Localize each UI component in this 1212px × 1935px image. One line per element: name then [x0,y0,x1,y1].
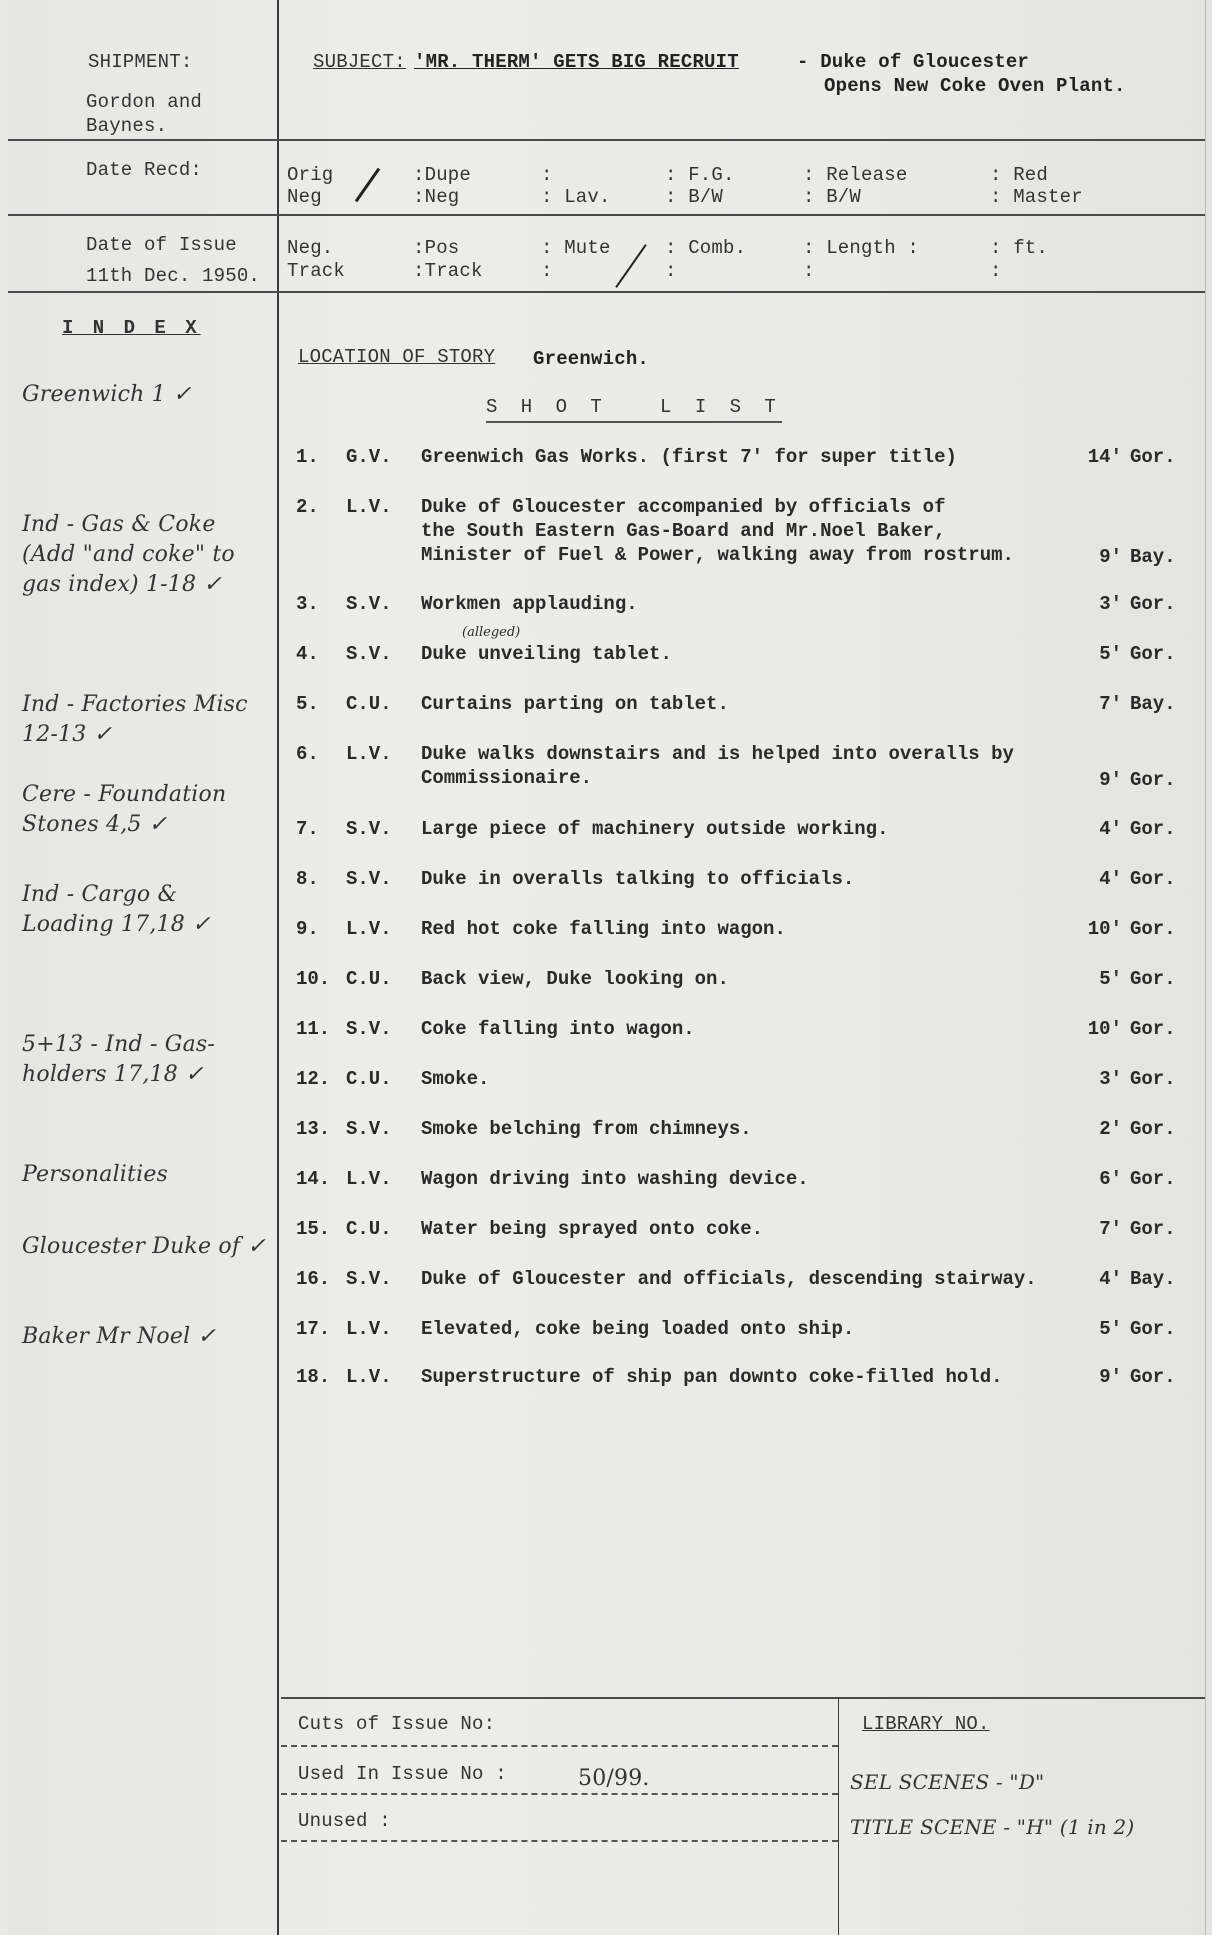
shot-description: Workmen applauding. [421,593,638,615]
shot-source: Gor. [1130,968,1176,990]
shot-row: 4.S.V.Duke unveiling tablet.5'Gor.(alleg… [0,643,1212,669]
shot-number: 2. [296,496,319,518]
header-divider-1 [8,139,1205,141]
shot-number: 18. [296,1366,330,1388]
header-divider-2 [8,214,1205,216]
neg-track-1: Neg. [287,236,333,260]
shot-length: 6' [1099,1168,1122,1190]
shot-number: 15. [296,1218,330,1240]
shot-type: S.V. [346,1268,392,1290]
shot-row: 15.C.U.Water being sprayed onto coke.7'G… [0,1218,1212,1244]
shot-description: Red hot coke falling into wagon. [421,918,786,940]
shot-type: C.U. [346,1218,392,1240]
shot-number: 13. [296,1118,330,1140]
shot-length: 10' [1088,1018,1122,1040]
shot-description: Smoke. [421,1068,489,1090]
shot-number: 14. [296,1168,330,1190]
index-entry: Ind - Gas & Coke (Add "and coke" to gas … [22,510,272,600]
shot-number: 4. [296,643,319,665]
shot-source: Gor. [1130,1068,1176,1090]
shot-length: 4' [1099,1268,1122,1290]
shot-source: Gor. [1130,1018,1176,1040]
shot-type: L.V. [346,496,392,518]
red-master-2: : Master [990,185,1083,209]
cuts-of-issue-label: Cuts of Issue No: [298,1712,495,1736]
shot-number: 6. [296,743,319,765]
shot-length: 3' [1099,1068,1122,1090]
shot-number: 17. [296,1318,330,1340]
orig-neg-2: Neg [287,185,322,209]
shot-type: L.V. [346,1366,392,1388]
shot-row: 11.S.V.Coke falling into wagon.10'Gor. [0,1018,1212,1044]
shot-source: Bay. [1130,693,1176,715]
shot-type: S.V. [346,868,392,890]
shot-length: 7' [1099,693,1122,715]
shot-source: Gor. [1130,593,1176,615]
shipment-value-1: Gordon and [86,90,202,114]
index-entry: Greenwich 1 ✓ [22,380,272,410]
shot-row: 16.S.V.Duke of Gloucester and officials,… [0,1268,1212,1294]
shot-row: 8.S.V.Duke in overalls talking to offici… [0,868,1212,894]
shot-description: the South Eastern Gas-Board and Mr.Noel … [421,520,946,542]
shot-row: 18.L.V.Superstructure of ship pan downto… [0,1366,1212,1392]
shot-number: 5. [296,693,319,715]
shot-row: 3.S.V.Workmen applauding.3'Gor. [0,593,1212,619]
ft-2: : [990,259,1002,283]
shot-row: 17.L.V.Elevated, coke being loaded onto … [0,1318,1212,1344]
shot-description: Elevated, coke being loaded onto ship. [421,1318,854,1340]
shot-row: 10.C.U.Back view, Duke looking on.5'Gor. [0,968,1212,994]
shot-source: Gor. [1130,643,1176,665]
comb-1: : Comb. [665,236,746,260]
shot-annotation: (alleged) [462,625,520,640]
shot-type: L.V. [346,1318,392,1340]
subject-title: 'MR. THERM' GETS BIG RECRUIT [414,50,739,74]
shot-description: Greenwich Gas Works. (first 7' for super… [421,446,957,468]
used-in-issue-value: 50/99. [578,1767,650,1791]
orig-neg-1: Orig [287,163,333,187]
shot-length: 5' [1099,643,1122,665]
library-line-2: TITLE SCENE - "H" (1 in 2) [850,1815,1134,1839]
shot-description: Duke walks downstairs and is helped into… [421,743,1014,765]
shot-length: 3' [1099,593,1122,615]
subject-label: SUBJECT: [313,50,406,74]
footer-line-1 [281,1745,838,1747]
fg-bw-1: : F.G. [665,163,735,187]
shot-list-title: S H O T L I S T [486,395,782,423]
shot-source: Gor. [1130,1318,1176,1340]
shot-description: Curtains parting on tablet. [421,693,729,715]
library-line-1: SEL SCENES - "D" [850,1770,1044,1794]
shot-source: Gor. [1130,1168,1176,1190]
red-master-1: : Red [990,163,1048,187]
subject-line1-rest: - Duke of Gloucester [797,50,1029,74]
shot-type: C.U. [346,693,392,715]
shot-row: 13.S.V.Smoke belching from chimneys.2'Go… [0,1118,1212,1144]
shot-description: Duke in overalls talking to officials. [421,868,854,890]
comb-2: : [665,259,677,283]
shot-description: Water being sprayed onto coke. [421,1218,763,1240]
lav-1: : [541,163,553,187]
shot-row: 5.C.U.Curtains parting on tablet.7'Bay. [0,693,1212,719]
shot-source: Gor. [1130,1366,1176,1388]
shot-description: Wagon driving into washing device. [421,1168,809,1190]
length-2: : [803,259,815,283]
shot-type: C.U. [346,1068,392,1090]
shot-length: 5' [1099,968,1122,990]
shot-number: 16. [296,1268,330,1290]
location-label: LOCATION OF STORY [298,345,495,369]
lav-2: : Lav. [541,185,611,209]
shot-type: L.V. [346,1168,392,1190]
date-issue-label: Date of Issue [86,233,237,257]
shot-description: Large piece of machinery outside working… [421,818,888,840]
shot-row: 6.L.V.Duke walks downstairs and is helpe… [0,743,1212,769]
shot-description: Minister of Fuel & Power, walking away f… [421,544,1014,566]
footer-top-line [281,1697,1205,1699]
shot-number: 12. [296,1068,330,1090]
shot-source: Gor. [1130,1118,1176,1140]
index-title: I N D E X [62,316,201,340]
shot-number: 3. [296,593,319,615]
dupe-neg-2: :Neg [413,185,459,209]
pos-track-2: :Track [413,259,483,283]
shot-source: Gor. [1130,769,1176,791]
shipment-label: SHIPMENT: [88,50,192,74]
shot-length: 9' [1099,546,1122,568]
shot-row: 14.L.V.Wagon driving into washing device… [0,1168,1212,1194]
shot-type: S.V. [346,1118,392,1140]
shipment-value-2: Baynes. [86,114,167,138]
release-bw-1: : Release [803,163,907,187]
shot-description: Smoke belching from chimneys. [421,1118,752,1140]
shot-row: 2.L.V.Duke of Gloucester accompanied by … [0,496,1212,522]
shot-source: Gor. [1130,1218,1176,1240]
shot-description: Duke of Gloucester and officials, descen… [421,1268,1037,1290]
shot-source: Gor. [1130,918,1176,940]
release-bw-2: : B/W [803,185,861,209]
shot-number: 7. [296,818,319,840]
shot-type: S.V. [346,1018,392,1040]
shot-source: Bay. [1130,1268,1176,1290]
shot-description: Coke falling into wagon. [421,1018,695,1040]
shot-type: S.V. [346,643,392,665]
length-1: : Length : [803,236,919,260]
mute-1: : Mute [541,236,611,260]
pos-track-1: :Pos [413,236,459,260]
date-issue-value: 11th Dec. 1950. [86,264,260,288]
library-no-label: LIBRARY NO. [862,1712,990,1736]
shot-type: S.V. [346,818,392,840]
header-divider-3 [8,291,1205,293]
shot-source: Gor. [1130,446,1176,468]
footer-line-2 [281,1793,838,1795]
shot-length: 9' [1099,1366,1122,1388]
shot-source: Bay. [1130,546,1176,568]
shot-row: 12.C.U.Smoke.3'Gor. [0,1068,1212,1094]
shot-source: Gor. [1130,868,1176,890]
shot-row: 1.G.V.Greenwich Gas Works. (first 7' for… [0,446,1212,472]
shot-length: 9' [1099,769,1122,791]
shot-source: Gor. [1130,818,1176,840]
shot-number: 9. [296,918,319,940]
shot-number: 8. [296,868,319,890]
shot-type: L.V. [346,743,392,765]
shot-description: Duke of Gloucester accompanied by offici… [421,496,946,518]
footer-divider [838,1697,839,1935]
shot-row: 9.L.V.Red hot coke falling into wagon.10… [0,918,1212,944]
date-recd-label: Date Recd: [86,158,202,182]
shot-number: 10. [296,968,330,990]
used-in-issue-label: Used In Issue No : [298,1762,507,1786]
shot-description: Commissionaire. [421,767,592,789]
location-value: Greenwich. [533,347,649,371]
neg-track-2: Track [287,259,345,283]
subject-line2: Opens New Coke Oven Plant. [824,74,1126,98]
shot-number: 1. [296,446,319,468]
shot-row: 7.S.V.Large piece of machinery outside w… [0,818,1212,844]
shot-length: 14' [1088,446,1122,468]
shot-length: 5' [1099,1318,1122,1340]
fg-bw-2: : B/W [665,185,723,209]
shot-length: 7' [1099,1218,1122,1240]
footer-line-3 [281,1840,838,1842]
ft-1: : ft. [990,236,1048,260]
shot-type: C.U. [346,968,392,990]
shot-description: Duke unveiling tablet. [421,643,672,665]
mute-2: : [541,259,553,283]
shot-length: 2' [1099,1118,1122,1140]
dupe-neg-1: :Dupe [413,163,471,187]
shot-length: 4' [1099,868,1122,890]
shot-length: 4' [1099,818,1122,840]
shot-number: 11. [296,1018,330,1040]
shot-type: L.V. [346,918,392,940]
unused-label: Unused : [298,1809,391,1833]
shot-type: S.V. [346,593,392,615]
shot-description: Back view, Duke looking on. [421,968,729,990]
shot-description: Superstructure of ship pan downto coke-f… [421,1366,1003,1388]
shot-type: G.V. [346,446,392,468]
shot-length: 10' [1088,918,1122,940]
